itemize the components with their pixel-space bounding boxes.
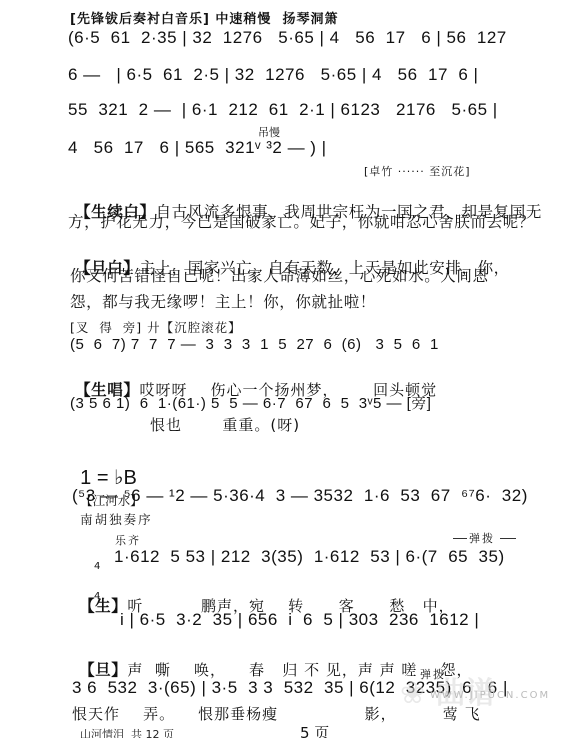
notation-line: 55 321 2 — | 6·1 212 61 2·1 | 6123 2176 … <box>68 100 498 120</box>
dialogue-text: 你又何苦错怪自已呢！出家人命薄如丝，心死如水。人间恩 <box>70 264 489 286</box>
footer-title: 山河情泪 共 12 页 <box>80 726 174 738</box>
watermark-url: WWW.JIPUCN.COM <box>430 690 550 701</box>
annotation-pluck: 弹拨 <box>469 530 495 546</box>
dialogue-text: 怨，都与我无缘啰！主上！你，你就扯啦！ <box>70 290 376 312</box>
notation-line: (⁵3 — ⁵6 — ¹2 — 5·36·4 3 — 3532 1·6 53 6… <box>72 486 528 506</box>
notation-line: (3 5 6 1) 6 1·(61·) 5 5 — 6·7 67 6 5 3ᵛ5… <box>70 392 431 413</box>
dialogue-text: 方，护花无力，今已是国破家亡。妃子，你就咁忍心舍朕而去呢？ <box>68 210 535 232</box>
role-label: 【旦】 <box>79 661 127 679</box>
notation-line: 6 — | 6·5 61 2·5 | 32 1276 5·65 | 4 56 1… <box>68 65 478 85</box>
notation-line: (5 6 7) 7 7 7 — 3 3 3 1 5 27 6 (6) 3 5 6… <box>70 336 439 353</box>
notation-line: 1·612 5 53 | 212 3(35) 1·612 53 | 6·(7 6… <box>114 547 505 567</box>
pluck-bracket <box>453 538 467 539</box>
pluck-bracket <box>500 538 516 539</box>
page-number: 5 页 <box>300 722 329 738</box>
annotation-bracket: [卓竹 ······ 至沉花] <box>364 163 471 179</box>
notation-line: (6·5 61 2·35 | 32 1276 5·65 | 4 56 17 6 … <box>68 28 507 48</box>
section1-header: [先锋钹后奏衬白音乐] 中速稍慢 扬琴洞箫 <box>70 8 338 27</box>
lyrics: 恨也 重重。(呀) <box>150 414 300 435</box>
time-signature-top: 4 <box>94 562 100 572</box>
section2-header: [叉 得 旁] 廾【沉腔滚花】 <box>70 318 242 336</box>
notation-line: i | 6·5 3·2 35 | 656 i 6 5 | 303 236 161… <box>120 610 479 630</box>
annotation-together: 乐齐 <box>115 532 141 548</box>
instrument-note: 南胡独奏序 <box>80 512 153 527</box>
notation-line: 4 56 17 6 | 565 321ᵛ ³2 — ) | <box>68 138 327 158</box>
